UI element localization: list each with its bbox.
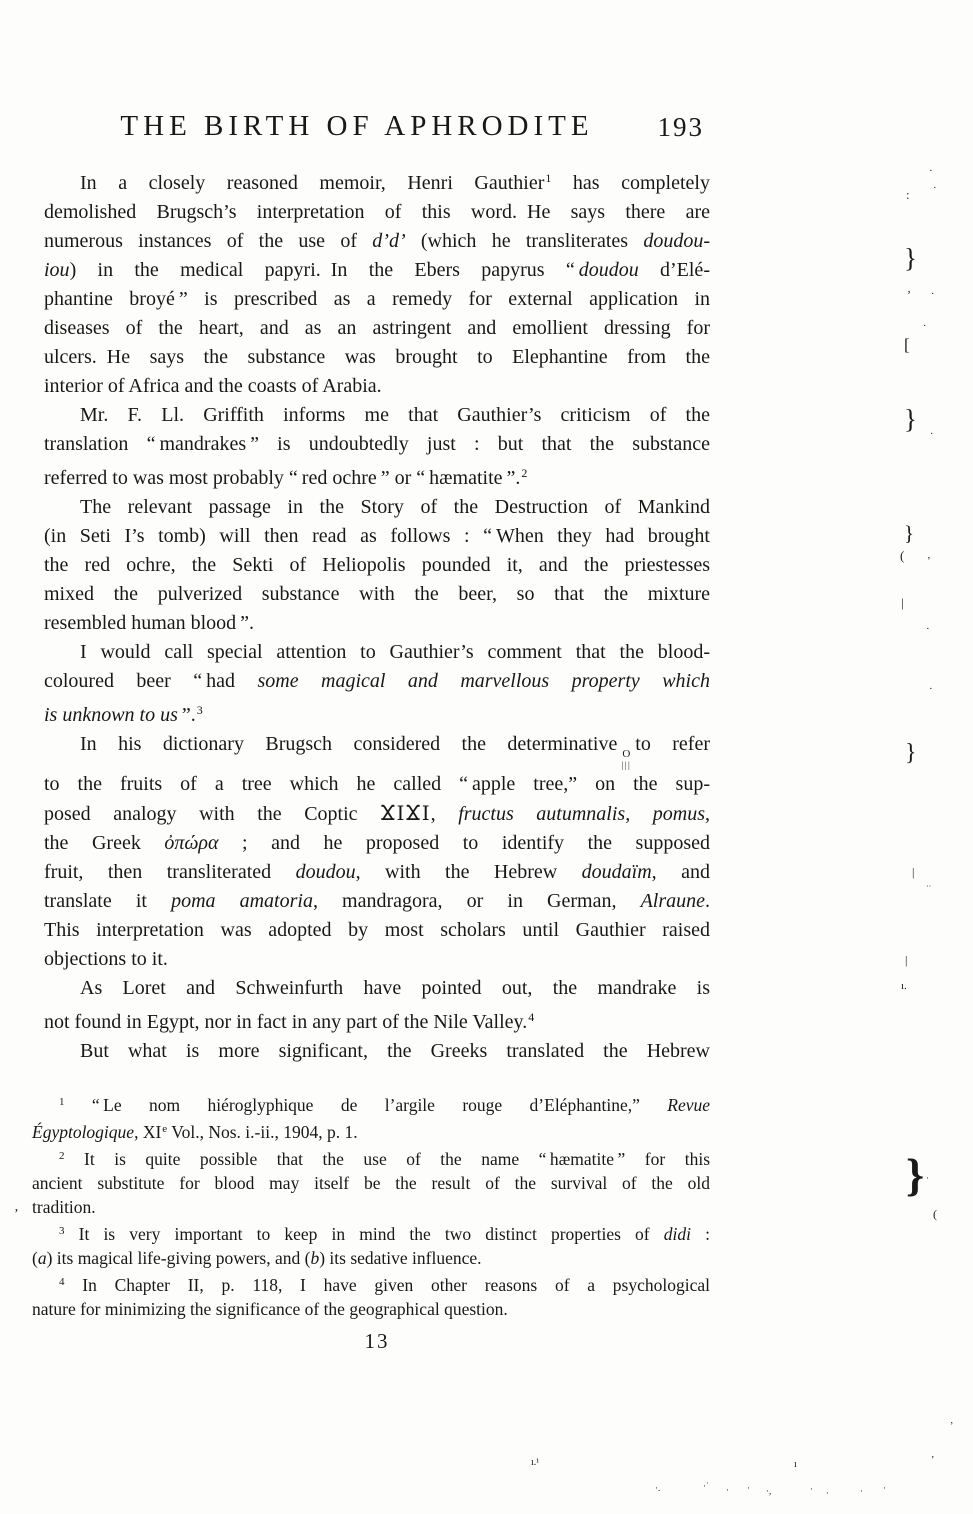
text-line: As Loret and Schweinfurth have pointed o… [44,974,710,1003]
text-segment: (which he transliterates [406,230,644,252]
text-line: 3 It is very important to keep in mind t… [32,1219,710,1246]
text-line: (a) its magical life-giving powers, and … [32,1246,710,1270]
scan-artifact: · [860,1487,863,1496]
scan-artifact: ( [900,549,904,562]
text-segment: ) its magical life-giving powers, and ( [47,1248,311,1268]
text-line: diseases of the heart, and as an astring… [44,314,710,343]
text-segment: “ Le nom hiéroglyphique de l’argile roug… [65,1095,668,1115]
text-segment: Égyptologique [32,1122,134,1142]
text-segment: , [431,803,459,825]
text-segment: poma amatoria [171,890,313,912]
text-segment: But what is more significant, the Greeks… [80,1040,710,1062]
text-segment: It is very important to keep in mind the… [65,1224,664,1244]
text-line: The relevant passage in the Story of the… [44,493,710,522]
footnote: 1 “ Le nom hiéroglyphique de l’argile ro… [32,1090,710,1144]
text-segment: , mandragora, or in German, [313,890,641,912]
text-line: tradition. [32,1195,710,1219]
text-segment: It is quite possible that the use of the… [65,1149,711,1169]
scan-artifact: ’ [931,1456,934,1466]
scan-artifact: · [931,290,934,300]
text-segment: I would call special attention to Gauthi… [80,641,710,663]
text-segment: demolished Brugsch’s interpretation of t… [44,201,710,223]
text-segment: diseases of the heart, and as an astring… [44,317,710,339]
text-segment: Vol., Nos. i.-ii., 1904, p. 1. [167,1122,357,1142]
text-segment: doudou [296,861,356,883]
scan-artifact: ·. [655,1484,660,1493]
text-segment: In Chapter II, p. 118, I have given othe… [65,1275,711,1295]
text-segment: ϪΙϪΙ [380,801,431,825]
paragraph: The relevant passage in the Story of the… [44,493,710,638]
footnote: 2 It is quite possible that the use of t… [32,1144,710,1219]
scan-artifact: · [726,1486,729,1495]
footnote: 4 In Chapter II, p. 118, I have given ot… [32,1270,710,1321]
text-segment: some magical and marvellous property whi… [257,670,710,692]
text-segment: interior of Africa and the coasts of Ara… [44,375,382,397]
text-line: mixed the pulverized substance with the … [44,580,710,609]
scan-artifact: · [926,1174,929,1183]
scan-artifact: ‚ [907,282,911,294]
text-segment: referred to was most probably “ red ochr… [44,467,520,489]
scan-artifact: ı [794,1460,797,1470]
hieroglyph-circle: O [622,749,630,760]
text-line: But what is more significant, the Greeks… [44,1037,710,1066]
text-segment: d’Elé- [639,259,710,281]
text-segment: b [310,1248,319,1268]
text-segment: fructus autumnalis, pomus [458,803,705,825]
scan-artifact: ·· [926,883,931,891]
text-segment: the red ochre, the Sekti of Heliopolis p… [44,554,710,576]
text-line: translate it poma amatoria, mandragora, … [44,887,710,916]
text-line: Égyptologique, XIe Vol., Nos. i.-ii., 19… [32,1117,710,1144]
scan-artifact: · [930,430,933,440]
text-line: referred to was most probably “ red ochr… [44,459,710,493]
scan-artifact: · [926,624,930,635]
text-segment: didi [664,1224,691,1244]
text-line: numerous instances of the use of d’d’ (w… [44,227,710,256]
text-segment: This interpretation was adopted by most … [44,919,710,941]
hieroglyph-determinative-icon: O||| [621,749,631,770]
text-line: interior of Africa and the coasts of Ara… [44,372,710,401]
page-header: THE BIRTH OF APHRODITE 193 [44,110,710,148]
text-segment: is unknown to us [44,704,178,726]
text-segment: (in Seti I’s tomb) will then read as fol… [44,525,710,547]
footnote-reference: 3 [197,703,203,717]
text-line: resembled human blood ”. [44,609,710,638]
text-segment: , XI [134,1122,161,1142]
paragraph: As Loret and Schweinfurth have pointed o… [44,974,710,1037]
text-segment: In his dictionary Brugsch considered the… [80,733,617,755]
body-text: In a closely reasoned memoir, Henri Gaut… [44,164,710,1066]
text-segment: Alraune [641,890,705,912]
text-segment: objections to it. [44,948,168,970]
scanned-book-page: THE BIRTH OF APHRODITE 193 In a closely … [0,0,973,1514]
text-segment: ulcers. He says the substance was brough… [44,346,710,368]
scan-artifact: · [747,1484,750,1493]
footnote: 3 It is very important to keep in mind t… [32,1219,710,1270]
text-segment: a [38,1248,47,1268]
text-segment: In a closely reasoned memoir, Henri Gaut… [80,172,544,194]
scan-artifact: | [912,866,914,878]
text-segment: to the fruits of a tree which he called … [44,773,710,795]
text-segment: doudaïm [582,861,652,883]
scan-artifact: ’ [950,1422,953,1432]
text-line: to the fruits of a tree which he called … [44,770,710,799]
scan-artifact: · [929,684,933,695]
paragraph: In his dictionary Brugsch considered the… [44,730,710,974]
text-line: Mr. F. Ll. Griffith informs me that Gaut… [44,401,710,430]
text-segment: , [705,803,710,825]
scan-artifact: ’ [14,1208,19,1222]
scan-artifact: ı. [901,981,907,992]
text-segment: ) its sedative influence. [319,1248,481,1268]
scan-artifact: · [883,1484,886,1493]
scan-artifact: ı.¹ [531,1458,539,1468]
text-segment: The relevant passage in the Story of the… [80,496,710,518]
text-segment: : [691,1224,710,1244]
text-segment: numerous instances of the use of [44,230,372,252]
scan-artifact: } [904,406,917,433]
text-segment: , with the Hebrew [356,861,582,883]
text-segment: , and [652,861,710,883]
text-line: phantine broyé ” is prescribed as a reme… [44,285,710,314]
text-block: THE BIRTH OF APHRODITE 193 In a closely … [44,110,710,1354]
scan-artifact: ·˙ [703,1482,709,1491]
footnote-reference: 2 [521,466,527,480]
scan-artifact: | [901,596,904,609]
text-segment: . [705,890,710,912]
scan-artifact: } [905,741,917,765]
scan-artifact: | [905,954,907,966]
text-line: the red ochre, the Sekti of Heliopolis p… [44,551,710,580]
text-segment: the Greek [44,832,164,854]
scan-artifact: · [929,166,933,177]
text-segment: As Loret and Schweinfurth have pointed o… [80,977,710,999]
text-segment: not found in Egypt, nor in fact in any p… [44,1011,527,1033]
text-line: nature for minimizing the significance o… [32,1297,710,1321]
text-line: fruit, then transliterated doudou, with … [44,858,710,887]
text-line: 4 In Chapter II, p. 118, I have given ot… [32,1270,710,1297]
text-segment: ) in the medical papyri. In the Ebers pa… [70,259,579,281]
text-segment: to refer [635,733,710,755]
text-segment: Mr. F. Ll. Griffith informs me that Gaut… [80,404,710,426]
paragraph: In a closely reasoned memoir, Henri Gaut… [44,164,710,401]
text-line: This interpretation was adopted by most … [44,916,710,945]
text-line: ulcers. He says the substance was brough… [44,343,710,372]
page-number: 193 [658,112,705,143]
scan-artifact: } [906,1152,924,1198]
scan-artifact: ’ [927,556,931,567]
text-line: iou) in the medical papyri. In the Ebers… [44,256,710,285]
text-segment: doudou- [643,230,710,252]
text-segment: d’d’ [372,230,405,252]
text-line: ancient substitute for blood may itself … [32,1171,710,1195]
text-line: 2 It is quite possible that the use of t… [32,1144,710,1171]
paragraph: But what is more significant, the Greeks… [44,1037,710,1066]
text-segment: has completely [551,172,710,194]
text-line: the Greek ὀπώρα ; and he proposed to ide… [44,829,710,858]
text-segment: coloured beer “ had [44,670,257,692]
text-line: objections to it. [44,945,710,974]
text-segment: doudou [579,259,639,281]
text-line: I would call special attention to Gauthi… [44,638,710,667]
text-segment: ”. [178,704,196,726]
text-segment: ; and he proposed to identify the suppos… [218,832,710,854]
hieroglyph-strokes: ||| [621,761,631,770]
text-line: In a closely reasoned memoir, Henri Gaut… [44,164,710,198]
text-line: 1 “ Le nom hiéroglyphique de l’argile ro… [32,1090,710,1117]
scan-artifact: · [810,1485,813,1494]
footnotes: 1 “ Le nom hiéroglyphique de l’argile ro… [32,1090,710,1321]
paragraph: I would call special attention to Gauthi… [44,638,710,730]
text-line: In his dictionary Brugsch considered the… [44,730,710,770]
text-segment: iou [44,259,70,281]
text-segment: ὀπώρα [164,832,218,854]
text-segment: tradition. [32,1197,96,1217]
scan-artifact: ·, [766,1487,771,1496]
text-line: is unknown to us ”.3 [44,696,710,730]
scan-artifact: · [923,322,926,332]
text-segment: resembled human blood ”. [44,612,254,634]
signature-mark: 13 [44,1329,710,1354]
text-line: (in Seti I’s tomb) will then read as fol… [44,522,710,551]
text-segment: Revue [667,1095,710,1115]
scan-artifact: } [904,523,914,544]
text-segment: posed analogy with the Coptic [44,803,380,825]
scan-artifact: : [906,188,910,201]
text-segment: ancient substitute for blood may itself … [32,1173,710,1193]
text-segment: fruit, then transliterated [44,861,296,883]
text-line: not found in Egypt, nor in fact in any p… [44,1003,710,1037]
page-title: THE BIRTH OF APHRODITE [44,110,710,143]
text-segment: phantine broyé ” is prescribed as a reme… [44,288,710,310]
scan-artifact: ( [933,1208,937,1220]
scan-artifact: · [933,183,937,194]
text-segment: nature for minimizing the significance o… [32,1299,508,1319]
footnote-reference: 4 [528,1010,534,1024]
text-segment: mixed the pulverized substance with the … [44,583,710,605]
paragraph: Mr. F. Ll. Griffith informs me that Gaut… [44,401,710,493]
scan-artifact: [ [904,336,910,353]
text-line: translation “ mandrakes ” is undoubtedly… [44,430,710,459]
scan-artifact: } [904,245,917,272]
text-line: demolished Brugsch’s interpretation of t… [44,198,710,227]
text-segment: translate it [44,890,171,912]
text-line: coloured beer “ had some magical and mar… [44,667,710,696]
text-segment: translation “ mandrakes ” is undoubtedly… [44,433,710,455]
scan-artifact: · [826,1489,829,1498]
text-line: posed analogy with the Coptic ϪΙϪΙ, fruc… [44,799,710,829]
